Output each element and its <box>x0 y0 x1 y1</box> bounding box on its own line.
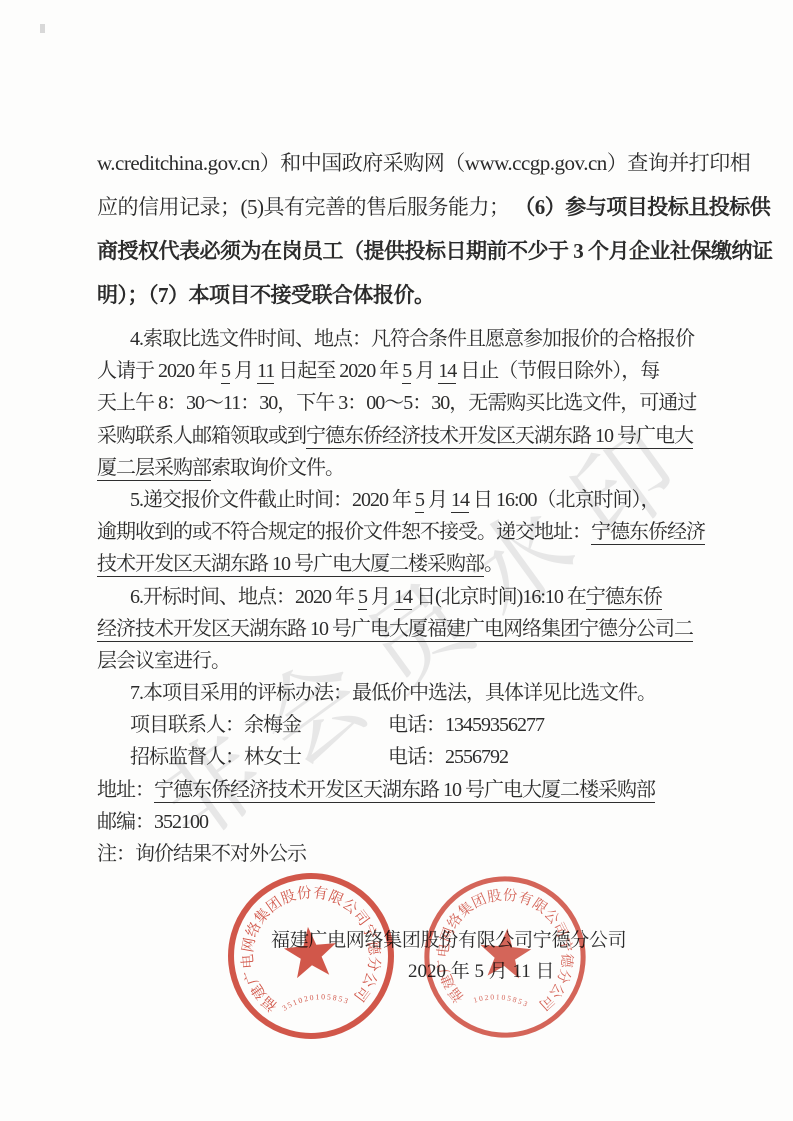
text-segment: 5 <box>415 489 424 513</box>
text-segment: 14 <box>438 360 456 384</box>
text-line: 应的信用记录；(5)具有完善的售后服务能力； （6）参与项目投标且投标供 <box>97 185 713 229</box>
text-line: 人请于 2020 年 5 月 11 日起至 2020 年 5 月 14 日止（节… <box>97 355 713 387</box>
text-segment: 14 <box>394 586 412 610</box>
text-segment: 地址： <box>97 779 154 801</box>
seal-serial: 351020105853 <box>280 989 352 1013</box>
company-seal-left: 福建广电网络集团股份有限公司宁德分公司 351020105853 <box>216 861 405 1050</box>
text-segment: 明）；（7）本项目不接受联合体报价。 <box>97 283 435 307</box>
text-line: 逾期收到的或不符合规定的报价文件恕不接受。递交地址：宁德东侨经济 <box>97 516 713 548</box>
text-line: w.creditchina.gov.cn）和中国政府采购网（www.ccgp.g… <box>97 141 713 185</box>
svg-text:351020105853: 351020105853 <box>280 989 352 1013</box>
text-segment: 日 16:00（北京时间）， <box>469 489 660 511</box>
text-segment: 人请于 2020 年 <box>97 360 221 382</box>
text-line: 地址：宁德东侨经济技术开发区天湖东路 10 号广电大厦二楼采购部 <box>97 774 713 806</box>
text-segment: 层会议室进行。 <box>97 650 230 672</box>
text-line: 经济技术开发区天湖东路 10 号广电大厦福建广电网络集团宁德分公司二 <box>97 613 713 645</box>
text-segment: 日起至 2020 年 <box>274 360 402 382</box>
text-segment: （6）参与项目投标且投标供 <box>514 195 770 219</box>
text-segment: 日(北京时间)16:10 在 <box>412 586 586 608</box>
text-segment: 索取询价文件。 <box>211 457 344 479</box>
text-segment: 商授权代表必须为在岗员工（提供投标日期前不少于 3 个月企业社保缴纳证 <box>97 239 773 263</box>
text-line: 项目联系人：余梅金电话：13459356277 <box>97 709 713 741</box>
text-segment: 14 <box>451 489 469 513</box>
signature-company: 福建广电网络集团股份有限公司宁德分公司 <box>271 925 626 952</box>
text-segment: 邮编：352100 <box>97 811 208 833</box>
text-segment: 天上午 8：30～11：30，下午 3：00～5：30，无需购买比选文件，可通过 <box>97 392 696 414</box>
text-segment: 经济技术开发区天湖东路 10 号广电大厦福建广电网络集团宁德分公司二 <box>97 618 693 642</box>
text-line: 天上午 8：30～11：30，下午 3：00～5：30，无需购买比选文件，可通过 <box>97 387 713 419</box>
text-segment: 电话：2556792 <box>388 741 508 773</box>
text-segment: 日止（节假日除外），每 <box>456 360 659 382</box>
text-segment: 月 <box>411 360 438 382</box>
text-segment: 月 <box>230 360 257 382</box>
text-line: 4.索取比选文件时间、地点：凡符合条件且愿意参加报价的合格报价 <box>97 323 713 355</box>
text-segment: 5 <box>221 360 230 384</box>
seal-serial: 1020105853 <box>472 990 531 1009</box>
text-segment: 月 <box>367 586 394 608</box>
text-line: 5.递交报价文件截止时间：2020 年 5 月 14 日 16:00（北京时间）… <box>97 484 713 516</box>
text-segment: 电话：13459356277 <box>388 709 544 741</box>
text-segment: 招标监督人：林女士 <box>130 746 301 768</box>
text-segment: w.creditchina.gov.cn）和中国政府采购网（www.ccgp.g… <box>97 151 750 175</box>
paragraph-conditions: w.creditchina.gov.cn）和中国政府采购网（www.ccgp.g… <box>97 141 713 317</box>
text-segment: 5.递交报价文件截止时间：2020 年 <box>130 489 415 511</box>
text-line: 6.开标时间、地点：2020 年 5 月 14 日(北京时间)16:10 在宁德… <box>97 581 713 613</box>
document-page: 非会员水印 w.creditchina.gov.cn）和中国政府采购网（www.… <box>0 0 793 1121</box>
text-segment: 宁德东侨经济技术开发区天湖东路 10 号广电大 <box>306 425 693 449</box>
text-line: 层会议室进行。 <box>97 645 713 677</box>
paragraph-items: 4.索取比选文件时间、地点：凡符合条件且愿意参加报价的合格报价人请于 2020 … <box>97 323 713 870</box>
scan-speck <box>40 24 45 33</box>
notice-text: w.creditchina.gov.cn）和中国政府采购网（www.ccgp.g… <box>97 141 713 870</box>
svg-text:1020105853: 1020105853 <box>472 990 531 1009</box>
text-segment: 宁德东侨 <box>586 586 662 610</box>
text-line: 商授权代表必须为在岗员工（提供投标日期前不少于 3 个月企业社保缴纳证 <box>97 229 713 273</box>
text-segment: 厦二层采购部 <box>97 457 211 481</box>
text-segment: 注：询价结果不对外公示 <box>97 843 306 865</box>
text-line: 采购联系人邮箱领取或到宁德东侨经济技术开发区天湖东路 10 号广电大 <box>97 420 713 452</box>
text-segment: 宁德东侨经济技术开发区天湖东路 10 号广电大厦二楼采购部 <box>154 779 655 803</box>
seal-border <box>223 868 399 1044</box>
text-segment: 11 <box>257 360 274 384</box>
text-segment: 。 <box>484 553 503 575</box>
text-line: 邮编：352100 <box>97 806 713 838</box>
text-line: 注：询价结果不对外公示 <box>97 838 713 870</box>
text-segment: 采购联系人邮箱领取或到 <box>97 425 306 447</box>
text-line: 招标监督人：林女士电话：2556792 <box>97 741 713 773</box>
text-segment: 月 <box>424 489 451 511</box>
text-segment: 4.索取比选文件时间、地点：凡符合条件且愿意参加报价的合格报价 <box>130 328 694 350</box>
text-segment: 项目联系人：余梅金 <box>130 714 301 736</box>
text-segment: 逾期收到的或不符合规定的报价文件恕不接受。递交地址： <box>97 521 591 543</box>
text-segment: 6.开标时间、地点：2020 年 <box>130 586 358 608</box>
text-segment: 技术开发区天湖东路 10 号广电大厦二楼采购部 <box>97 553 484 577</box>
text-line: 明）；（7）本项目不接受联合体报价。 <box>97 273 713 317</box>
text-line: 技术开发区天湖东路 10 号广电大厦二楼采购部。 <box>97 548 713 580</box>
text-segment: 应的信用记录；(5)具有完善的售后服务能力； <box>97 195 514 219</box>
text-segment: 5 <box>358 586 367 610</box>
signature-date: 2020 年 5 月 11 日 <box>408 956 555 983</box>
text-segment: 宁德东侨经济 <box>591 521 705 545</box>
text-segment: 5 <box>402 360 411 384</box>
text-line: 厦二层采购部索取询价文件。 <box>97 452 713 484</box>
text-segment: 7.本项目采用的评标办法：最低价中选法，具体详见比选文件。 <box>130 682 656 704</box>
text-line: 7.本项目采用的评标办法：最低价中选法，具体详见比选文件。 <box>97 677 713 709</box>
